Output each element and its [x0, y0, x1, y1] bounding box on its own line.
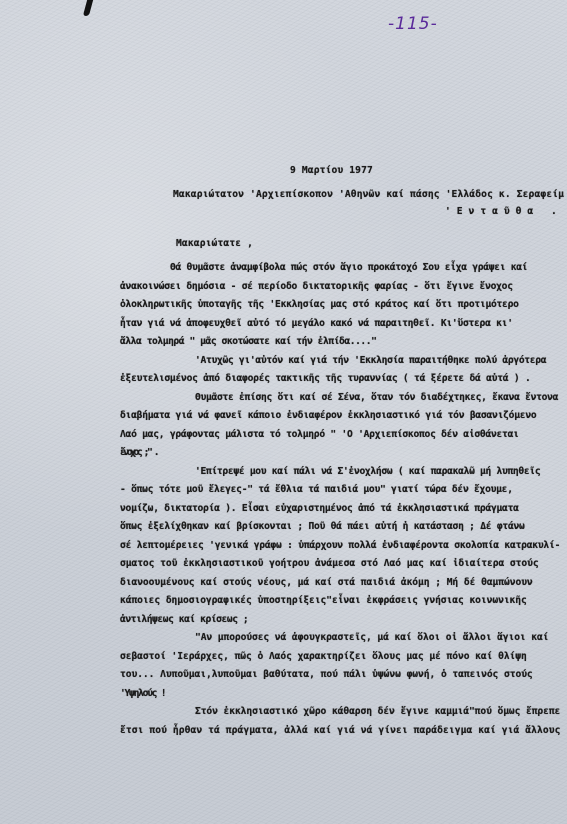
letter-body: Θά θυμᾶστε ἀναμφίβολα πώς στόν ἅγιο προκ… — [120, 259, 560, 740]
text-line: 'Επίτρεψέ μου καί πάλι νά Σ'ἐνοχλήσω ( κ… — [120, 463, 560, 482]
text-line: διαβήματα γιά νά φανεῖ κάποιο ἐνδιαφέρον… — [120, 407, 560, 426]
text-line: ὁλοκληρωτικῆς ὑποταγῆς τῆς 'Εκκλησίας μα… — [120, 296, 560, 315]
text-line: 'Υψηλούς ! — [120, 685, 560, 704]
text-line: ἔνοχος ;" . — [120, 444, 560, 463]
text-line: ἐξευτελισμένος ἀπό διαφορές τακτικῆς τῆς… — [120, 370, 560, 389]
text-line: του... Λυποῦμαι,λυποῦμαι βαθύτατα, πού π… — [120, 666, 560, 685]
text-line: Στόν ἐκκλησιαστικό χῶρο κάθαρση δέν ἔγιν… — [120, 703, 560, 722]
text-line: σέ λεπτομέρειες 'γενικά γράφω : ὑπάρχουν… — [120, 537, 560, 556]
text-line: νομίζω, δικτατορία ). Εἶσαι εὐχαριστημέν… — [120, 500, 560, 519]
salutation: Μακαριώτατε , — [176, 235, 253, 254]
text-line: Θά θυμᾶστε ἀναμφίβολα πώς στόν ἅγιο προκ… — [120, 259, 560, 278]
text-line: σεβαστοί 'Ιεράρχες, πῶς ὁ Λαός χαρακτηρί… — [120, 648, 560, 667]
text-line: Λαό μας, γράφοντας μάλιστα τό τολμηρό " … — [120, 426, 560, 445]
text-line: ἔτσι πού ἦρθαν τά πράγματα, ἀλλά καί γιά… — [120, 722, 560, 741]
text-line: 'Ατυχῶς γι'αὐτόν καί γιά τήν 'Εκκλησία π… — [120, 352, 560, 371]
addressee-line-1: Μακαριώτατον 'Αρχιεπίσκοπον 'Αθηνῶν καί … — [173, 186, 564, 205]
text-line: διανοουμένους καί στούς νέους, μά καί στ… — [120, 574, 560, 593]
letter-date: 9 Μαρτίου 1977 — [290, 162, 373, 181]
text-line: κάποιες δημοσιογραφικές ὑποστηρίξεις"εἶν… — [120, 592, 560, 611]
text-line: "Αν μπορούσες νά ἀφουγκραστεῖς, μά καί ὅ… — [120, 629, 560, 648]
text-line: ἀνακοινώσει δημόσια - σέ περίοδο δικτατο… — [120, 278, 560, 297]
page-number: -115- — [388, 14, 438, 34]
text-line: ἄλλα τολμηρά " μᾶς σκοτώσατε καί τήν ἐλπ… — [120, 333, 560, 352]
text-line: ἀντιλήψεως καί κρίσεως ; — [120, 611, 560, 630]
text-line: - ὅπως τότε μοῦ ἔλεγες-" τά ἔθλια τά παι… — [120, 481, 560, 500]
text-line: ἦταν γιά νά ἀποφευχθεῖ αὐτό τό μεγάλο κα… — [120, 315, 560, 334]
text-line: Θυμᾶστε ἐπίσης ὅτι καί σέ Σένα, ὅταν τόν… — [120, 389, 560, 408]
text-line: ὅπως ἐξελίχθηκαν καί βρίσκονται ; Ποῦ θά… — [120, 518, 560, 537]
text-line: σματος τοῦ ἐκκλησιαστικοῦ γοήτρου ἀνάμεσ… — [120, 555, 560, 574]
addressee-line-2: 'Ενταῦθα . — [445, 203, 563, 222]
